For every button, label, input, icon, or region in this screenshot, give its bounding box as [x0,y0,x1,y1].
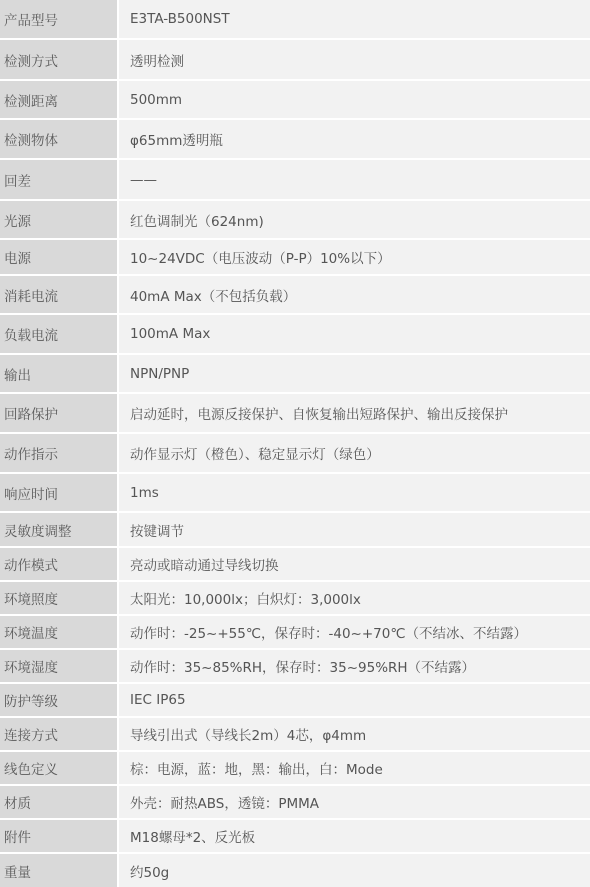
spec-label: 输出 [0,354,118,393]
spec-label: 环境照度 [0,581,118,615]
table-row: 检测距离500mm [0,80,590,119]
spec-value: 1ms [118,473,590,512]
table-row: 检测物体φ65mm透明瓶 [0,119,590,159]
table-row: 动作模式亮动或暗动通过导线切换 [0,547,590,581]
spec-value: E3TA-B500NST [118,0,590,39]
spec-label: 防护等级 [0,683,118,717]
spec-value: 启动延时，电源反接保护、自恢复输出短路保护、输出反接保护 [118,393,590,433]
table-row: 重量约50g [0,853,590,887]
table-row: 动作指示动作显示灯（橙色）、稳定显示灯（绿色） [0,433,590,473]
spec-table: 产品型号E3TA-B500NST检测方式透明检测检测距离500mm检测物体φ65… [0,0,590,887]
spec-value: 导线引出式（导线长2m）4芯，φ4mm [118,717,590,751]
spec-table-body: 产品型号E3TA-B500NST检测方式透明检测检测距离500mm检测物体φ65… [0,0,590,887]
spec-label: 动作指示 [0,433,118,473]
spec-value: 动作显示灯（橙色）、稳定显示灯（绿色） [118,433,590,473]
spec-value: M18螺母*2、反光板 [118,819,590,853]
spec-value: IEC IP65 [118,683,590,717]
table-row: 灵敏度调整按键调节 [0,512,590,547]
spec-value: 动作时：-25~+55℃，保存时：-40~+70℃（不结冰、不结露） [118,615,590,649]
table-row: 线色定义棕：电源，蓝：地，黑：输出，白：Mode [0,751,590,785]
spec-label: 线色定义 [0,751,118,785]
spec-value: 40mA Max（不包括负载） [118,275,590,314]
table-row: 材质外壳：耐热ABS，透镜：PMMA [0,785,590,819]
spec-label: 响应时间 [0,473,118,512]
table-row: 响应时间1ms [0,473,590,512]
spec-label: 环境温度 [0,615,118,649]
spec-value: 太阳光：10,000lx；白炽灯：3,000lx [118,581,590,615]
spec-value: —— [118,159,590,200]
spec-label: 回路保护 [0,393,118,433]
table-row: 环境湿度动作时：35~85%RH，保存时：35~95%RH（不结露） [0,649,590,683]
spec-value: 10~24VDC（电压波动（P-P）10%以下） [118,239,590,275]
spec-value: 约50g [118,853,590,887]
spec-value: 红色调制光（624nm) [118,200,590,239]
table-row: 光源红色调制光（624nm) [0,200,590,239]
spec-label: 负载电流 [0,314,118,354]
spec-label: 环境湿度 [0,649,118,683]
table-row: 电源10~24VDC（电压波动（P-P）10%以下） [0,239,590,275]
spec-value: 500mm [118,80,590,119]
table-row: 产品型号E3TA-B500NST [0,0,590,39]
spec-value: 动作时：35~85%RH，保存时：35~95%RH（不结露） [118,649,590,683]
spec-label: 回差 [0,159,118,200]
table-row: 输出NPN/PNP [0,354,590,393]
spec-label: 连接方式 [0,717,118,751]
table-row: 负载电流100mA Max [0,314,590,354]
spec-value: 100mA Max [118,314,590,354]
spec-value: NPN/PNP [118,354,590,393]
table-row: 回差—— [0,159,590,200]
table-row: 环境温度动作时：-25~+55℃，保存时：-40~+70℃（不结冰、不结露） [0,615,590,649]
spec-value: 透明检测 [118,39,590,80]
table-row: 回路保护启动延时，电源反接保护、自恢复输出短路保护、输出反接保护 [0,393,590,433]
table-row: 连接方式导线引出式（导线长2m）4芯，φ4mm [0,717,590,751]
spec-value: 外壳：耐热ABS，透镜：PMMA [118,785,590,819]
spec-label: 检测方式 [0,39,118,80]
spec-label: 电源 [0,239,118,275]
table-row: 环境照度太阳光：10,000lx；白炽灯：3,000lx [0,581,590,615]
spec-label: 消耗电流 [0,275,118,314]
spec-value: 亮动或暗动通过导线切换 [118,547,590,581]
spec-label: 附件 [0,819,118,853]
spec-label: 光源 [0,200,118,239]
table-row: 附件M18螺母*2、反光板 [0,819,590,853]
spec-value: 棕：电源，蓝：地，黑：输出，白：Mode [118,751,590,785]
spec-label: 产品型号 [0,0,118,39]
table-row: 检测方式透明检测 [0,39,590,80]
spec-label: 动作模式 [0,547,118,581]
table-row: 消耗电流40mA Max（不包括负载） [0,275,590,314]
spec-label: 灵敏度调整 [0,512,118,547]
spec-value: 按键调节 [118,512,590,547]
table-row: 防护等级IEC IP65 [0,683,590,717]
spec-label: 重量 [0,853,118,887]
spec-label: 检测物体 [0,119,118,159]
spec-label: 检测距离 [0,80,118,119]
spec-label: 材质 [0,785,118,819]
spec-value: φ65mm透明瓶 [118,119,590,159]
